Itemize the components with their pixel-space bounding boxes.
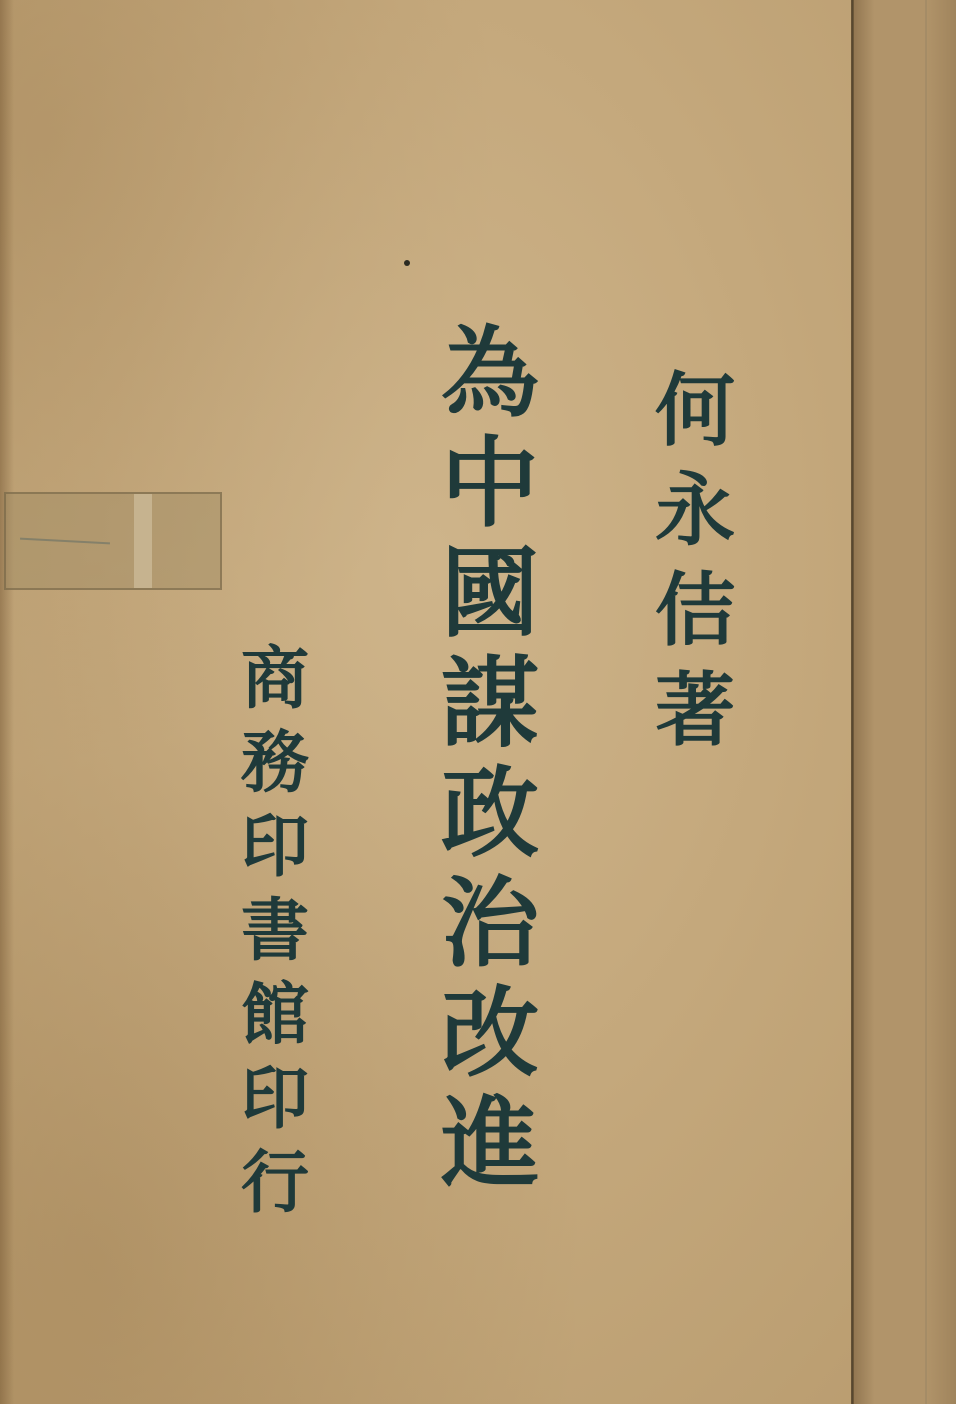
title-char: 改 [441, 985, 539, 1095]
tape-strip [4, 492, 222, 590]
title-char: 治 [441, 875, 539, 985]
book-cover: 為 中 國 謀 政 治 改 進 何 永 佶 著 商 務 印 書 館 印 行 [0, 0, 956, 1404]
worn-left-edge [0, 0, 14, 1404]
publisher-char: 行 [241, 1149, 309, 1233]
title-char: 進 [441, 1095, 539, 1205]
book-publisher: 商 務 印 書 館 印 行 [230, 645, 320, 1233]
book-title: 為 中 國 謀 政 治 改 進 [420, 325, 560, 1205]
publisher-char: 館 [241, 981, 309, 1065]
author-char: 永 [655, 470, 735, 570]
tape-crease [20, 538, 110, 545]
title-char: 政 [441, 765, 539, 875]
author-char: 佶 [655, 570, 735, 670]
title-char: 國 [441, 545, 539, 655]
tape-gap [134, 494, 152, 588]
publisher-char: 書 [241, 897, 309, 981]
author-char: 著 [655, 670, 735, 770]
author-char: 何 [655, 370, 735, 470]
book-author: 何 永 佶 著 [645, 370, 745, 770]
book-spine [854, 0, 956, 1404]
ink-speck [404, 260, 410, 266]
title-char: 中 [441, 435, 539, 545]
publisher-char: 印 [241, 1065, 309, 1149]
title-char: 謀 [441, 655, 539, 765]
publisher-char: 印 [241, 813, 309, 897]
publisher-char: 務 [241, 729, 309, 813]
title-char: 為 [441, 325, 539, 435]
spine-edge [925, 0, 927, 1404]
publisher-char: 商 [241, 645, 309, 729]
